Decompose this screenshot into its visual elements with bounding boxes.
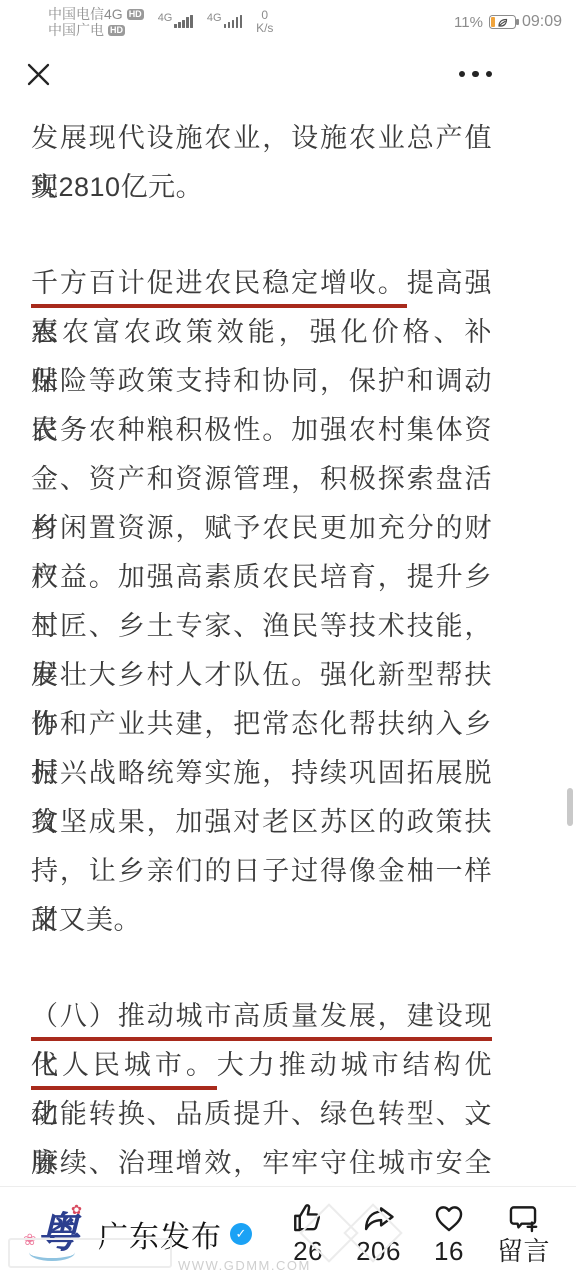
article-line: 民务农种粮积极性。加强农村集体资 [31,406,492,455]
x-close-icon [25,61,52,88]
status-right: 11% 09:09 [454,13,562,31]
article-line: 惠农富农政策效能，强化价格、补贴、 [31,308,492,357]
network-speed: 0 K/s [256,9,273,35]
account-name[interactable]: 广东发布 [98,1212,222,1256]
article-line: 村闲置资源，赋予农民更加充分的财产 [31,504,492,553]
like-count: 26 [293,1236,323,1266]
comment-label: 留言 [497,1236,550,1266]
comment-plus-icon [506,1201,540,1235]
like-button[interactable]: 26 [286,1201,330,1266]
signal-network-label: 4G [207,12,222,24]
article-line: 动能转换、品质提升、绿色转型、文脉 [31,1090,492,1139]
article-line: 金、资产和资源管理，积极探索盘活乡 [31,455,492,504]
article-line: （八）推动城市高质量发展，建设现代 [31,992,492,1041]
hd-badge-icon: HD [127,9,144,20]
signal-bars-icon: 4G [207,12,242,32]
network-speed-unit: K/s [256,22,273,35]
battery-percent: 11% [454,14,483,31]
red-underlined-text: 化人民城市。 [31,1050,217,1090]
article-line: 千方百计促进农民稳定增收。提高强农 [31,259,492,308]
article-line: 攻坚成果，加强对老区苏区的政策扶 [31,798,492,847]
blossom-icon: ✿ [71,1202,82,1218]
leaf-icon [497,17,509,29]
carrier-secondary: 中国广电 [48,22,104,38]
share-count: 206 [356,1236,401,1266]
status-bar: 中国电信4G HD 中国广电 HD 4G 4G 0 K/s 11% 09:09 [0,0,576,42]
favorite-count: 16 [434,1236,464,1266]
text-segment: 攻坚成果，加强对老区苏区的政策扶 [31,807,492,837]
paragraph: （八）推动城市高质量发展，建设现代化人民城市。大力推动城市结构优化、动能转换、品… [31,992,492,1188]
action-buttons: 26 206 16 留言 [286,1201,550,1266]
article-line: 赓续、治理增效，牢牢守住城市安全底 [31,1139,492,1188]
article-line: 发展现代设施农业，设施农业总产值实 [31,114,492,163]
heart-icon [432,1201,466,1235]
carrier-primary: 中国电信4G [48,6,123,22]
hd-badge-icon: HD [108,25,125,36]
battery-leaf-icon [489,15,516,29]
footer-action-bar: 粤 ❀ ✿ 广东发布 ✓ 26 206 16 [0,1186,576,1280]
signal-network-label: 4G [158,12,173,24]
article-line: 振兴战略统筹实施，持续巩固拓展脱贫 [31,749,492,798]
dot-icon [486,71,493,78]
dot-icon [472,71,479,78]
clock-time: 09:09 [522,13,562,31]
article-line: 作和产业共建，把常态化帮扶纳入乡村 [31,700,492,749]
favorite-button[interactable]: 16 [427,1201,471,1266]
text-segment: 甜又美。 [31,905,141,935]
article-line: 保险等政策支持和协同，保护和调动农 [31,357,492,406]
paragraph: 千方百计促进农民稳定增收。提高强农惠农富农政策效能，强化价格、补贴、保险等政策支… [31,259,492,945]
share-button[interactable]: 206 [356,1201,401,1266]
wave-icon [29,1244,75,1261]
comment-button[interactable]: 留言 [497,1201,550,1266]
text-segment: 民务农种粮积极性。加强农村集体资 [31,415,492,445]
paragraph: 发展现代设施农业，设施农业总产值实现2810亿元。 [31,114,492,212]
red-underlined-text: 千方百计促进农民稳定增收。 [31,268,407,308]
share-arrow-icon [362,1201,396,1235]
article-line: 现2810亿元。 [31,163,492,212]
nav-bar [0,42,576,106]
dot-icon [459,71,466,78]
verified-badge-icon: ✓ [230,1223,252,1245]
signal-bars-icon: 4G [158,12,193,32]
scrollbar-thumb[interactable] [567,788,573,826]
close-button[interactable] [22,58,54,90]
thumbs-up-icon [291,1201,325,1235]
text-segment: 现2810亿元。 [31,172,203,202]
more-menu-button[interactable] [459,58,493,90]
article-line: 展壮大乡村人才队伍。强化新型帮扶协 [31,651,492,700]
article-line: 工匠、乡土专家、渔民等技术技能，发 [31,602,492,651]
article-line: 持，让乡亲们的日子过得像金柚一样又 [31,847,492,896]
account-avatar[interactable]: 粤 ❀ ✿ [26,1206,82,1262]
article-line: 权益。加强高素质农民培育，提升乡村 [31,553,492,602]
article-line: 甜又美。 [31,896,492,945]
article-body: 发展现代设施农业，设施农业总产值实现2810亿元。千方百计促进农民稳定增收。提高… [0,106,576,1188]
carrier-info: 中国电信4G HD 中国广电 HD [48,6,144,38]
article-line: 化人民城市。大力推动城市结构优化、 [31,1041,492,1090]
